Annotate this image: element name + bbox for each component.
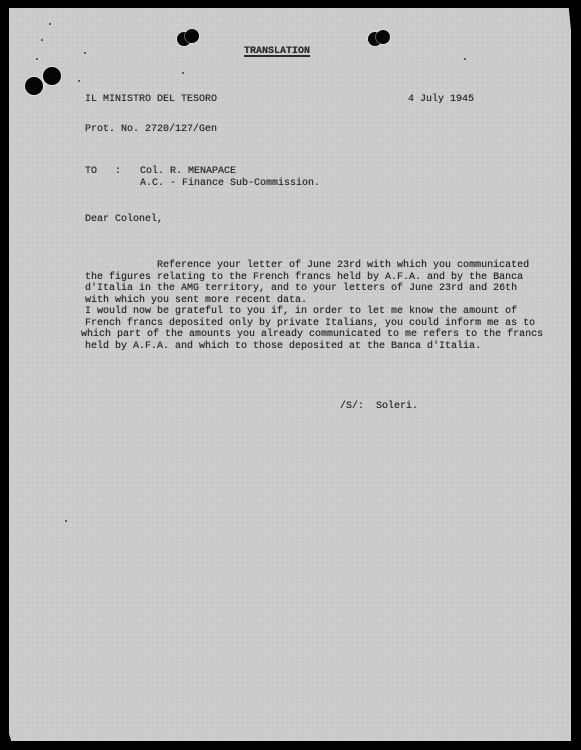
body-line: which part of the amounts you already co… [81,329,543,340]
paper-speck [49,23,51,25]
date: 4 July 1945 [408,94,474,106]
body-line: the figures relating to the French franc… [85,272,523,283]
salutation: Dear Colonel, [85,214,163,226]
document-page: TRANSLATION IL MINISTRO DEL TESORO 4 Jul… [9,8,571,741]
body-line: d'Italia in the AMG territory, and to yo… [85,283,517,294]
paper-speck [84,52,86,54]
paper-speck [41,39,43,41]
punch-hole [185,29,199,43]
to-label: TO : [85,166,121,178]
body-line: held by A.F.A. and which to those deposi… [85,341,481,352]
body-line: with which you sent more recent data. [85,295,307,306]
paper-speck [464,58,466,60]
punch-hole [25,77,43,95]
body-line: I would now be grateful to you if, in or… [85,306,517,317]
recipient-org: A.C. - Finance Sub-Commission. [140,178,320,190]
paper-speck [78,80,80,82]
sender: IL MINISTRO DEL TESORO [85,94,217,106]
punch-hole [376,30,390,44]
paper-speck [65,520,67,522]
recipient-name: Col. R. MENAPACE [140,166,236,178]
body-line: Reference your letter of June 23rd with … [85,260,529,271]
signature: /S/: Soleri. [340,401,418,413]
protocol-number: Prot. No. 2720/127/Gen [85,124,217,136]
document-title: TRANSLATION [244,46,310,58]
body-line: French francs deposited only by private … [85,318,535,329]
punch-hole [43,67,61,85]
paper-speck [182,72,184,74]
paper-speck [36,58,38,60]
